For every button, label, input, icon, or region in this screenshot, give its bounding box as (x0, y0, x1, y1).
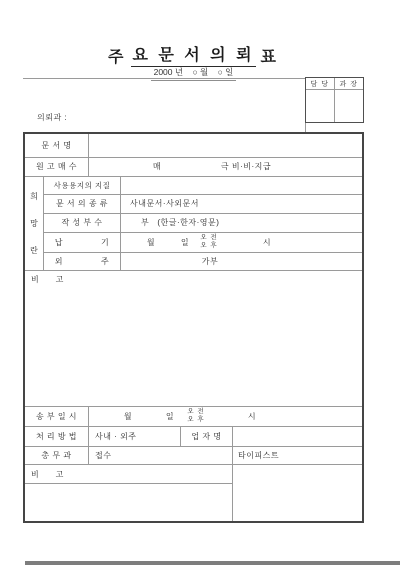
approval-box: 담 당 과 장 (305, 77, 364, 123)
header-rule (23, 78, 305, 79)
remarks2-label: 비 고 (31, 467, 91, 481)
approval-sign-cell-gwajang (335, 90, 364, 122)
title-first-char: 주 (108, 44, 126, 67)
copy-count-value: 부 (한글·한자·영문) (141, 213, 301, 232)
typist-label: 타이피스트 (238, 446, 318, 464)
process-value: 사내 · 외주 (95, 426, 180, 446)
hope-column-label: 희 망 란 (25, 176, 43, 270)
secrecy-options-label: 극 비·비·지급 (190, 157, 302, 176)
hope-char-3: 란 (30, 245, 38, 256)
delivery-hour-label: 시 (259, 232, 275, 252)
outsource-value: 가부 (180, 252, 240, 270)
table-divider (88, 406, 89, 464)
document-page: 주 요 문 서 의 뢰 표 2000 년 ○ 월 ○ 일 담 당 과 장 의뢰과… (0, 0, 400, 566)
outsource-label: 외 주 (44, 252, 120, 270)
doc-kind-label: 문 서 의 종 류 (44, 194, 120, 213)
manuscript-count-label: 원 고 매 수 (25, 157, 88, 176)
doc-kind-value: 사내문서·사외문서 (130, 194, 310, 213)
send-datetime-label: 송 부 일 시 (25, 406, 88, 426)
requesting-dept-label: 의뢰과 : (37, 112, 157, 124)
send-am: 오 전 (187, 408, 204, 417)
page-title: 주 요 문 서 의 뢰 표 (23, 49, 364, 67)
process-label: 처 리 방 법 (25, 426, 88, 446)
approval-col-gwajang-label: 과 장 (335, 78, 364, 90)
scan-artifact-band (25, 561, 400, 565)
remarks-field (25, 286, 362, 406)
count-unit-label: 매 (142, 157, 172, 176)
copy-count-label: 작 성 부 수 (44, 213, 120, 232)
hope-char-1: 희 (30, 191, 38, 202)
delivery-day-label: 일 (177, 232, 193, 252)
delivery-label: 납 기 (44, 232, 120, 252)
general-affairs-label: 총 무 과 (25, 446, 88, 464)
receipt-label: 접수 (95, 446, 175, 464)
approval-sign-cell-damdang (306, 90, 335, 122)
send-pm: 오 후 (187, 416, 204, 425)
remarks-label: 비 고 (31, 272, 91, 286)
paper-quality-field (121, 176, 362, 194)
delivery-ampm-label: 오 전 오 후 (196, 233, 222, 251)
send-month-label: 월 (120, 406, 136, 426)
typist-notes-field (233, 465, 362, 521)
approval-col-damdang-label: 담 당 (306, 78, 335, 90)
vendor-label: 업 자 명 (181, 426, 232, 446)
delivery-am: 오 전 (200, 234, 217, 243)
send-ampm-label: 오 전 오 후 (183, 407, 209, 425)
send-day-label: 일 (162, 406, 178, 426)
approval-connector-line (305, 123, 306, 132)
hope-char-2: 망 (30, 218, 38, 229)
send-hour-label: 시 (244, 406, 260, 426)
vendor-name-field (233, 426, 362, 446)
doc-name-label: 문 서 명 (25, 134, 88, 157)
paper-quality-label: 사용용지의 지질 (44, 176, 120, 194)
table-divider (25, 270, 362, 271)
doc-name-field (89, 134, 362, 157)
delivery-month-label: 월 (141, 232, 161, 252)
remarks2-field (25, 484, 232, 521)
title-underlined-part: 요 문 서 의 뢰 (131, 42, 255, 67)
delivery-pm: 오 후 (200, 242, 217, 251)
title-last-char: 표 (261, 44, 279, 67)
